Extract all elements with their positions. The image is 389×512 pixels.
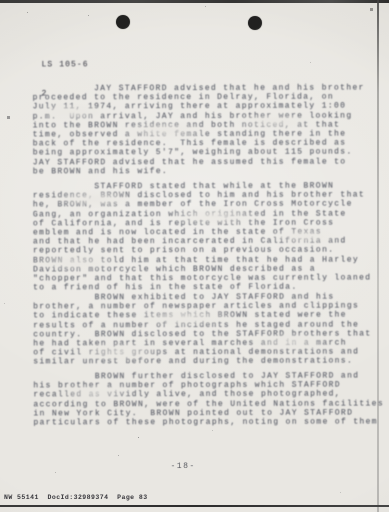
document-content: LS 105-6 2 JAY STAFFORD advised that he … [0, 0, 389, 512]
file-number: LS 105-6 [41, 60, 88, 70]
paragraph-photographs: BROWN further disclosed to JAY STAFFORD … [33, 372, 384, 428]
archive-footer-stamp: NW 55141 DocId:32989374 Page 83 [4, 494, 148, 501]
page-number: -18- [171, 462, 196, 471]
paragraph-stafford-arrival: JAY STAFFORD advised that he and his bro… [33, 84, 365, 177]
paragraph-newspaper-clippings: BROWN exhibited to JAY STAFFORD and his … [33, 293, 371, 368]
document-page: LS 105-6 2 JAY STAFFORD advised that he … [0, 0, 389, 512]
scan-bottom-rule [0, 505, 389, 507]
paragraph-iron-cross-gang: STAFFORD stated that while at the BROWN … [33, 182, 372, 293]
